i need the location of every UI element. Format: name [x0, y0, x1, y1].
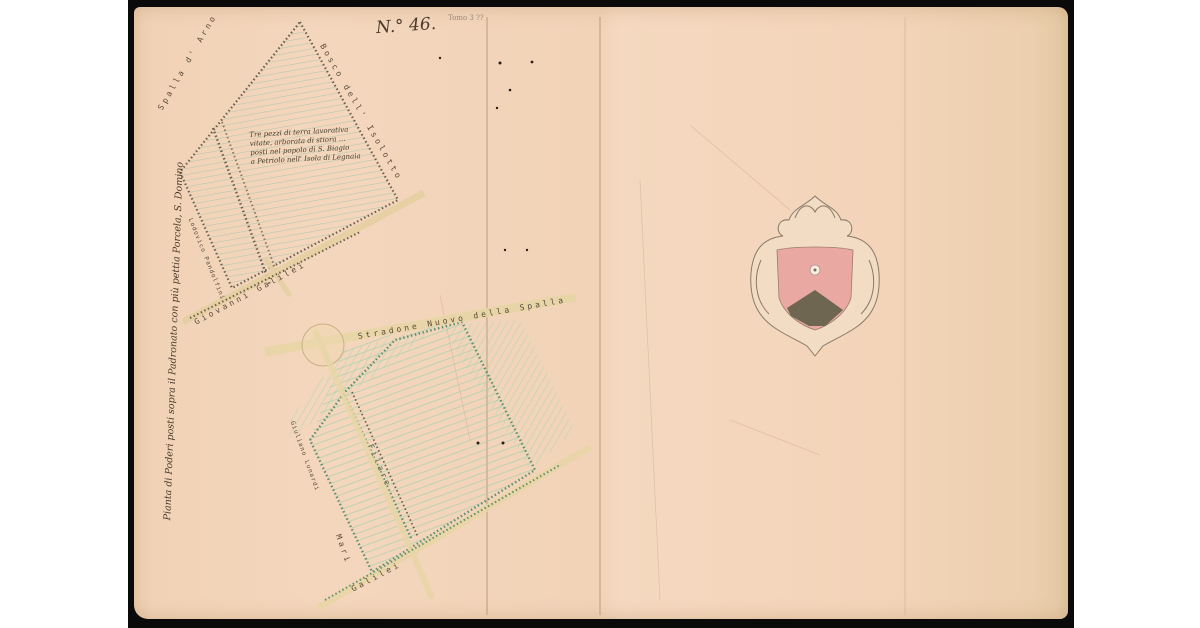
sheet-number: N.° 46. — [375, 14, 436, 38]
archive-pencil-note: Tomo 3 ?? — [448, 14, 484, 22]
plot-cartouche: Tre pezzi di terra lavorativa vitate, ar… — [249, 125, 361, 167]
lower-plot — [265, 297, 590, 608]
coat-of-arms — [751, 196, 879, 356]
